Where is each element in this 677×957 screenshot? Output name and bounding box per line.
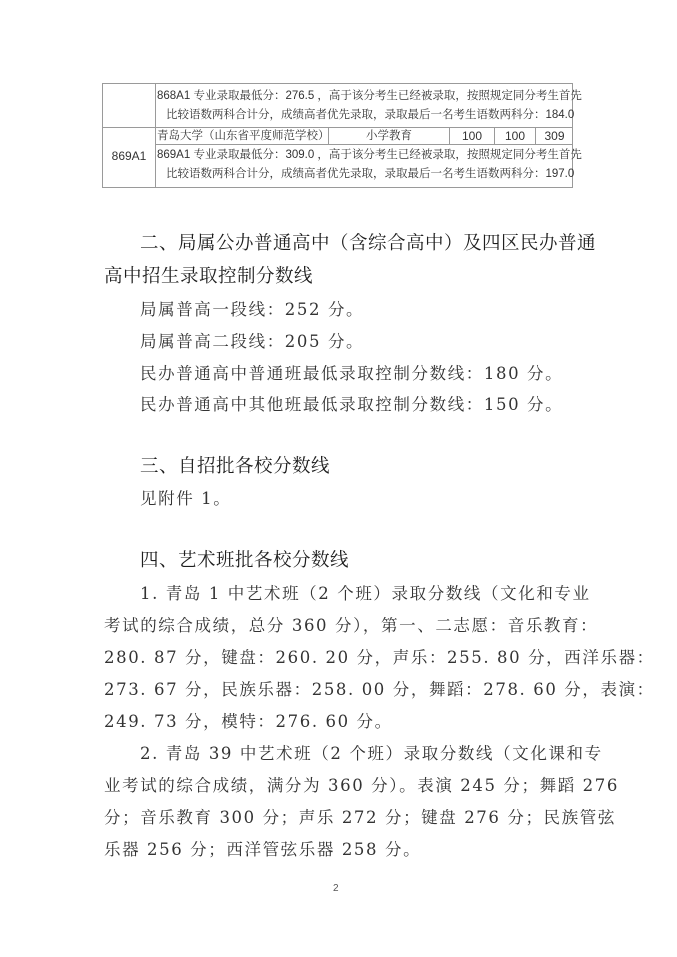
section-4-para1-line1: 1. 青岛 1 中艺术班（2 个班）录取分数线（文化和专业 bbox=[140, 580, 591, 604]
table-row-2-school: 青岛大学（山东省平度师范学校） bbox=[157, 127, 330, 145]
table-row-2-note-line1: 869A1 专业录取最低分：309.0 ，高于该分考生已经被录取，按照规定同分考… bbox=[157, 146, 582, 164]
section-3-heading: 三、自招批各校分数线 bbox=[140, 452, 330, 478]
section-3-text: 见附件 1。 bbox=[140, 485, 231, 509]
section-4-para1-line4: 273. 67 分，民族乐器：258. 00 分，舞蹈：278. 60 分，表演… bbox=[104, 676, 655, 700]
table-row-1-note-line1: 868A1 专业录取最低分：276.5 ，高于该分考生已经被录取，按照规定同分考… bbox=[157, 87, 582, 105]
table-row-2-major: 小学教育 bbox=[329, 127, 449, 145]
table-row-1-note-line2: 比较语数两科合计分，成绩高者优先录取，录取最后一名考生语数两科分：184.0 bbox=[166, 106, 574, 124]
table-row-2-col-b: 100 bbox=[495, 127, 535, 145]
table-divider bbox=[155, 84, 156, 187]
table-row-2-col-a: 100 bbox=[450, 127, 494, 145]
section-4-heading: 四、艺术班批各校分数线 bbox=[140, 546, 349, 572]
section-4-para2-line4: 乐器 256 分；西洋管弦乐器 258 分。 bbox=[104, 836, 421, 860]
section-4-para1-line3: 280. 87 分，键盘：260. 20 分，声乐：255. 80 分，西洋乐器… bbox=[104, 644, 655, 668]
section-2-item-1: 局属普高一段线：252 分。 bbox=[140, 296, 364, 320]
section-4-para2-line1: 2. 青岛 39 中艺术班（2 个班）录取分数线（文化课和专 bbox=[140, 740, 603, 764]
section-4-para2-line2: 业考试的综合成绩，满分为 360 分）。表演 245 分；舞蹈 276 bbox=[104, 772, 619, 796]
table-row-2-code: 869A1 bbox=[103, 147, 155, 165]
page-number: 2 bbox=[333, 883, 339, 894]
document-page: 868A1 专业录取最低分：276.5 ，高于该分考生已经被录取，按照规定同分考… bbox=[0, 0, 677, 957]
section-2-item-4: 民办普通高中其他班最低录取控制分数线：150 分。 bbox=[140, 391, 563, 415]
section-4-para1-line2: 考试的综合成绩，总分 360 分），第一、二志愿：音乐教育： bbox=[104, 612, 598, 636]
section-2-heading-line2: 高中招生录取控制分数线 bbox=[104, 262, 313, 288]
section-4-para1-line5: 249. 73 分，模特：276. 60 分。 bbox=[104, 708, 393, 732]
section-2-item-2: 局属普高二段线：205 分。 bbox=[140, 328, 364, 352]
section-2-item-3: 民办普通高中普通班最低录取控制分数线：180 分。 bbox=[140, 360, 563, 384]
admission-score-table: 868A1 专业录取最低分：276.5 ，高于该分考生已经被录取，按照规定同分考… bbox=[102, 83, 573, 188]
section-2-heading-line1: 二、局属公办普通高中（含综合高中）及四区民办普通 bbox=[140, 229, 596, 255]
table-row-2-note-line2: 比较语数两科合计分，成绩高者优先录取，录取最后一名考生语数两科分：197.0 bbox=[166, 165, 574, 183]
section-4-para2-line3: 分；音乐教育 300 分；声乐 272 分；键盘 276 分；民族管弦 bbox=[104, 804, 616, 828]
table-row-2-col-c: 309 bbox=[536, 127, 573, 145]
